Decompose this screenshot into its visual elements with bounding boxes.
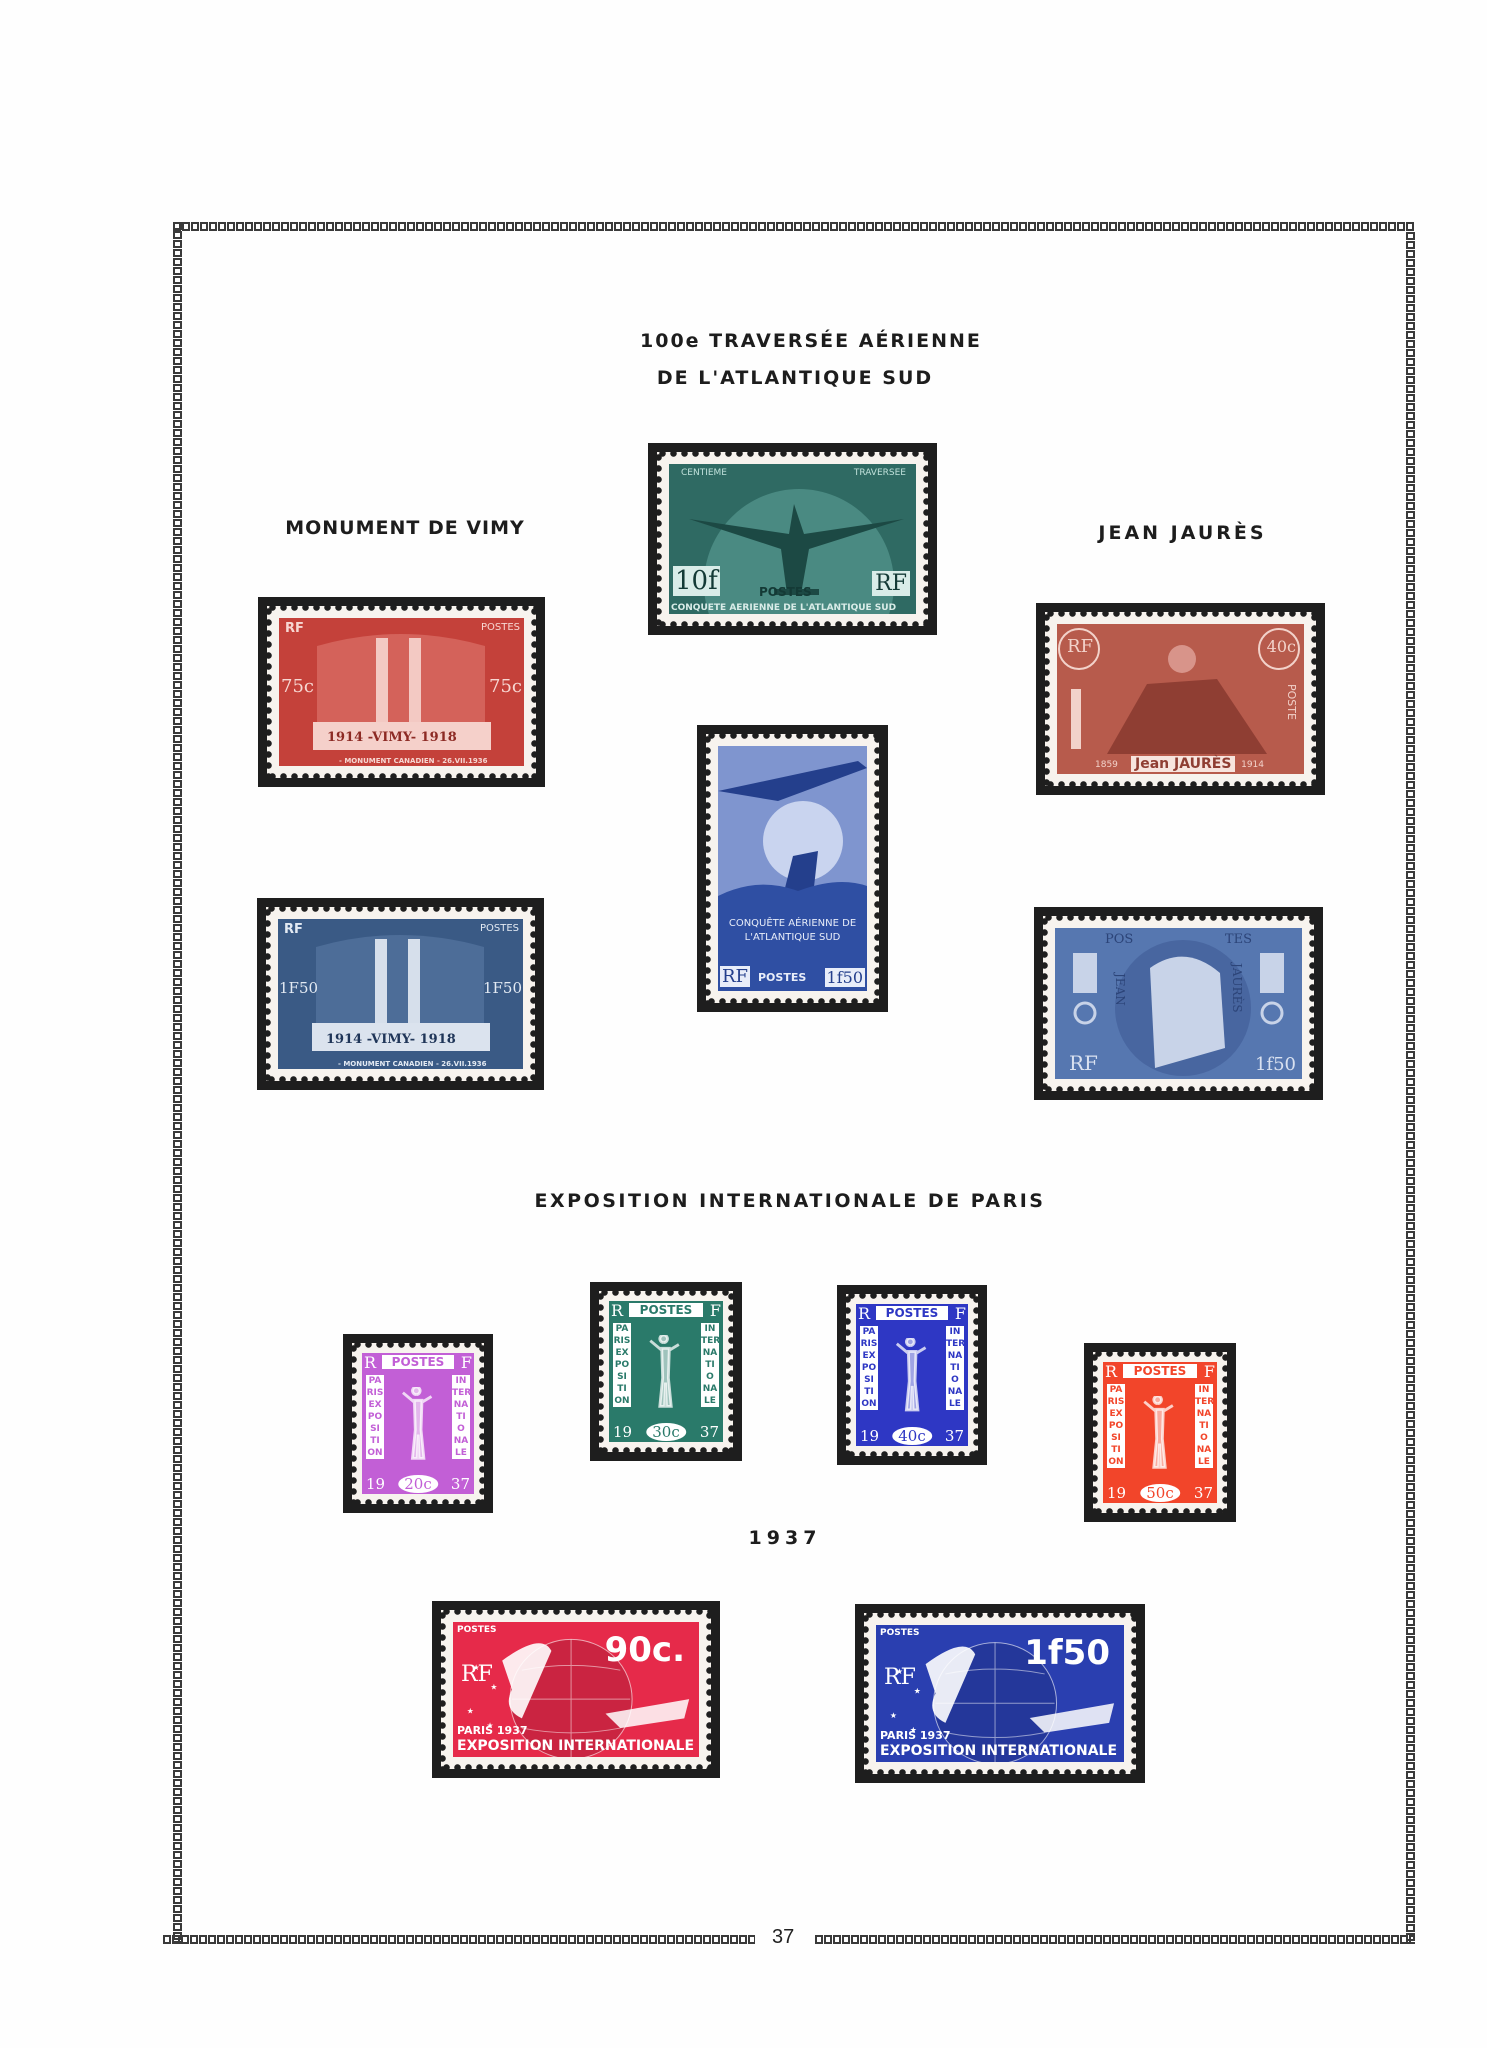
column-syllable: ON [613,1395,631,1407]
year-right: 37 [1194,1484,1213,1502]
stamp-design: RPOSTESFPARISEXPOSITIONINTERNATIONALE195… [1103,1362,1217,1503]
stamp-value: 90c. [605,1630,685,1670]
rf-monogram: RF [872,571,910,596]
column-syllable: SI [366,1423,384,1435]
postes-label: POSTES [876,1306,948,1320]
stamp-vimy-1f50: RF POSTES 1F50 1F50 1914 -VIMY- 1918 - M… [257,898,544,1090]
stamp-value: 40c [892,1427,932,1445]
year-left: 19 [613,1423,632,1441]
year-left: 19 [860,1427,879,1445]
paris-exposition-column: PARISEXPOSITION [613,1323,631,1407]
statue-figure-icon [1139,1396,1180,1472]
stamp-value: 1f50 [825,968,865,987]
stamp-expo-30c: RPOSTESFPARISEXPOSITIONINTERNATIONALE193… [590,1282,742,1461]
stamp-expo-1f50: ★★★★POSTESRF1f50PARIS 1937EXPOSITION INT… [855,1604,1145,1783]
plane-ship-icon [718,746,867,991]
column-syllable: EX [366,1399,384,1411]
column-syllable: LE [1195,1456,1213,1468]
paris-exposition-column: PARISEXPOSITION [1107,1384,1125,1468]
stamp-design: RPOSTESFPARISEXPOSITIONINTERNATIONALE192… [362,1353,474,1494]
frame-top-border [173,222,1415,231]
vimy-caption: - MONUMENT CANADIEN - 26.VII.1936 [338,1060,486,1068]
stamp-paper: RPOSTESFPARISEXPOSITIONINTERNATIONALE192… [352,1343,484,1504]
stamp-atlantic-10f: CENTIEME TRAVERSEE 10f RF POSTES CONQUET… [648,443,937,635]
column-syllable: PO [1107,1420,1125,1432]
vimy-tablet: 1914 -VIMY- 1918 [327,730,457,745]
year-end: 1914 [1241,760,1264,770]
internationale-column: INTERNATIONALE [946,1326,964,1410]
jaures-name: Jean JAURÈS [1131,756,1235,772]
caption-line1: CONQUÊTE AÉRIENNE DE [718,918,867,929]
column-syllable: RIS [1107,1396,1125,1408]
column-syllable: IN [452,1375,470,1387]
poste-vertical: POSTE [1285,684,1298,720]
value-right: 1F50 [483,979,522,997]
column-syllable: TI [613,1383,631,1395]
stamp-paper: RPOSTESFPARISEXPOSITIONINTERNATIONALE193… [599,1291,733,1452]
stamp-paper: RPOSTESFPARISEXPOSITIONINTERNATIONALE195… [1093,1352,1227,1513]
column-syllable: LE [946,1398,964,1410]
heading-expo: EXPOSITION INTERNATIONALE DE PARIS [520,1190,1060,1212]
column-syllable: NA [452,1399,470,1411]
column-syllable: EX [860,1350,878,1362]
rf-monogram: RF [1067,636,1093,657]
stamp-paper: ★★★★POSTESRF1f50PARIS 1937EXPOSITION INT… [864,1613,1136,1774]
heading-vimy: MONUMENT DE VIMY [280,517,530,539]
year-right: 37 [700,1423,719,1441]
r-letter: R [611,1301,623,1320]
column-syllable: NA [946,1350,964,1362]
year-right: 37 [451,1475,470,1493]
svg-text:★: ★ [890,1711,897,1720]
frame-bottom-border-left [163,1935,755,1944]
heading-atlantic-line1: 100e TRAVERSÉE AÉRIENNE [640,330,950,352]
column-syllable: PO [366,1411,384,1423]
postes-right: TES [1225,932,1252,947]
column-syllable: SI [860,1374,878,1386]
column-syllable: RIS [613,1335,631,1347]
stamp-design: ★★★★POSTESRF90c.PARIS 1937EXPOSITION INT… [453,1622,699,1757]
column-syllable: ON [366,1447,384,1459]
column-syllable: EX [613,1347,631,1359]
paris-exposition-column: PARISEXPOSITION [366,1375,384,1459]
f-letter: F [1204,1362,1215,1381]
column-syllable: RIS [860,1338,878,1350]
internationale-column: INTERNATIONALE [452,1375,470,1459]
column-syllable: PO [613,1359,631,1371]
postes-label: POSTES [382,1355,454,1369]
column-syllable: IN [1195,1384,1213,1396]
value-right: 75c [489,676,522,697]
paris-1937-label: PARIS 1937 [457,1724,528,1737]
heading-atlantic-line2: DE L'ATLANTIQUE SUD [640,367,950,389]
stamp-expo-20c: RPOSTESFPARISEXPOSITIONINTERNATIONALE192… [343,1334,493,1513]
r-letter: R [1105,1362,1117,1381]
year-left: 19 [366,1475,385,1493]
postes-label: POSTES [1123,1364,1197,1378]
year-start: 1859 [1095,760,1118,770]
stamp-expo-40c: RPOSTESFPARISEXPOSITIONINTERNATIONALE194… [837,1285,987,1465]
statue-figure-icon [398,1387,438,1463]
column-syllable: O [452,1423,470,1435]
stamp-value: 50c [1140,1484,1180,1502]
statue-figure-icon [892,1338,932,1415]
heading-year: 1937 [740,1527,830,1549]
column-syllable: IN [946,1326,964,1338]
year-right: 37 [945,1427,964,1445]
postes-label: POSTES [457,1625,497,1635]
postes-label: POSTES [481,622,520,633]
f-letter: F [955,1304,966,1323]
column-syllable: ON [1107,1456,1125,1468]
rf-monogram: RF [1069,1051,1098,1075]
column-syllable: PA [366,1375,384,1387]
caption-line2: L'ATLANTIQUE SUD [718,932,867,943]
column-syllable: SI [1107,1432,1125,1444]
column-syllable: LE [701,1395,719,1407]
stamp-value: 1f50 [1024,1633,1110,1673]
column-syllable: PA [1107,1384,1125,1396]
stamp-paper: RPOSTESFPARISEXPOSITIONINTERNATIONALE194… [846,1294,978,1456]
stamp-top-right-text: TRAVERSEE [854,468,906,478]
value-left: 1F50 [279,979,318,997]
postes-label: POSTES [480,923,519,934]
stamp-postes: POSTES [759,585,812,599]
exposition-label: EXPOSITION INTERNATIONALE [457,1738,694,1754]
exposition-label: EXPOSITION INTERNATIONALE [880,1743,1117,1759]
column-syllable: NA [1195,1444,1213,1456]
jaures-arc: JAURÈS [1230,963,1244,1013]
statue-figure-icon [645,1335,686,1411]
frame-bottom-border-right [815,1935,1415,1944]
column-syllable: EX [1107,1408,1125,1420]
f-letter: F [710,1301,721,1320]
stamp-value: 30c [646,1423,686,1441]
stamp-top-left-text: CENTIEME [681,468,727,478]
column-syllable: ON [860,1398,878,1410]
page-number: 37 [772,1926,794,1949]
column-syllable: TER [701,1335,719,1347]
vimy-caption: - MONUMENT CANADIEN - 26.VII.1936 [339,757,487,765]
postes-label: POSTES [758,971,806,984]
column-syllable: TER [1195,1396,1213,1408]
value-left: 75c [281,676,314,697]
stamp-caption: CONQUETE AERIENNE DE L'ATLANTIQUE SUD [671,603,896,613]
stamp-design: RPOSTESFPARISEXPOSITIONINTERNATIONALE193… [609,1301,723,1442]
column-syllable: SI [613,1371,631,1383]
heading-jaures: JEAN JAURÈS [1080,522,1285,544]
column-syllable: NA [1195,1408,1213,1420]
stamp-jaures-1f50: POS TES JEAN JAURÈS RF 1f50 [1034,907,1323,1100]
column-syllable: O [1195,1432,1213,1444]
stamp-expo-90c: ★★★★POSTESRF90c.PARIS 1937EXPOSITION INT… [432,1601,720,1778]
paris-1937-label: PARIS 1937 [880,1729,951,1742]
column-syllable: O [946,1374,964,1386]
column-syllable: O [701,1371,719,1383]
f-letter: F [461,1353,472,1372]
rf-label: RF [285,621,304,636]
column-syllable: TI [1107,1444,1125,1456]
column-syllable: NA [701,1383,719,1395]
column-syllable: TI [946,1362,964,1374]
stamp-jaures-40c: RF 40c POSTE 1859 Jean JAURÈS 1914 [1036,603,1325,795]
column-syllable: RIS [366,1387,384,1399]
column-syllable: TI [701,1359,719,1371]
rf-monogram: RF [884,1665,916,1690]
stamp-design: ★★★★POSTESRF1f50PARIS 1937EXPOSITION INT… [876,1625,1124,1762]
column-syllable: LE [452,1447,470,1459]
column-syllable: TI [860,1386,878,1398]
column-syllable: TER [452,1387,470,1399]
column-syllable: PA [860,1326,878,1338]
column-syllable: NA [452,1435,470,1447]
stamp-value: 10f [673,566,720,596]
internationale-column: INTERNATIONALE [1195,1384,1213,1468]
svg-text:★: ★ [467,1707,474,1716]
postes-label: POSTES [629,1303,703,1317]
internationale-column: INTERNATIONALE [701,1323,719,1407]
rf-label: RF [284,922,303,937]
rf-monogram: RF [461,1662,493,1687]
stamp-paper: ★★★★POSTESRF90c.PARIS 1937EXPOSITION INT… [441,1610,711,1769]
stamp-value: 1f50 [1255,1054,1296,1075]
column-syllable: TI [1195,1420,1213,1432]
jean-arc: JEAN [1113,973,1127,1006]
year-left: 19 [1107,1484,1126,1502]
stamp-value: 40c [1267,637,1296,656]
stamp-vimy-75c: RF POSTES 75c 75c 1914 -VIMY- 1918 - MON… [258,597,545,787]
postes-label: POSTES [880,1628,920,1638]
rf-monogram: RF [720,966,750,987]
r-letter: R [364,1353,376,1372]
column-syllable: TI [452,1411,470,1423]
column-syllable: IN [701,1323,719,1335]
stamp-value: 20c [398,1475,438,1493]
column-syllable: NA [946,1386,964,1398]
column-syllable: TER [946,1338,964,1350]
album-page: 37 100e TRAVERSÉE AÉRIENNE DE L'ATLANTIQ… [0,0,1487,2048]
stamp-atlantic-1f50: CONQUÊTE AÉRIENNE DE L'ATLANTIQUE SUD RF… [697,725,888,1012]
frame-left-border [173,222,182,1944]
frame-right-border [1406,232,1415,1944]
r-letter: R [858,1304,870,1323]
stamp-expo-50c: RPOSTESFPARISEXPOSITIONINTERNATIONALE195… [1084,1343,1236,1522]
postes-left: POS [1105,932,1133,947]
paris-exposition-column: PARISEXPOSITION [860,1326,878,1410]
column-syllable: PO [860,1362,878,1374]
vimy-tablet: 1914 -VIMY- 1918 [326,1032,456,1047]
column-syllable: NA [701,1347,719,1359]
column-syllable: TI [366,1435,384,1447]
column-syllable: PA [613,1323,631,1335]
stamp-design: RPOSTESFPARISEXPOSITIONINTERNATIONALE194… [856,1304,968,1446]
